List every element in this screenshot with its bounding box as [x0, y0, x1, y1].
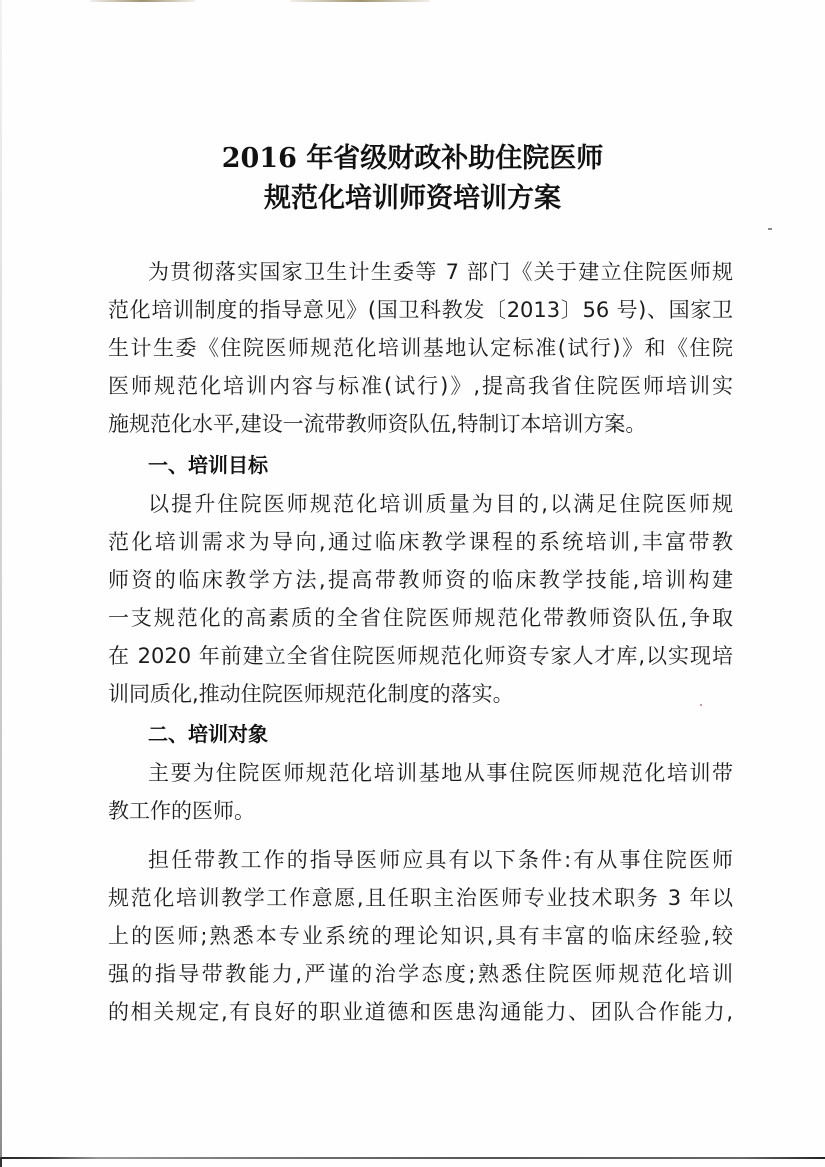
section-heading-training-goals: 一、培训目标 — [148, 452, 268, 478]
scan-speck — [768, 228, 772, 230]
scan-top-mark-right — [290, 0, 430, 2]
scan-top-mark-left — [90, 0, 195, 2]
intro-line: 为贯彻落实国家卫生计生委等 7 部门《关于建立住院医师规 — [148, 259, 733, 285]
section-heading-training-targets: 二、培训对象 — [148, 721, 268, 747]
intro-line: 施规范化水平,建设一流带教师资队伍,特制订本培训方案。 — [108, 411, 733, 437]
scan-bottom-edge — [0, 1157, 825, 1159]
section-2-line: 的相关规定,有良好的职业道德和医患沟通能力、团队合作能力, — [108, 999, 733, 1025]
section-2-line: 强的指导带教能力,严谨的治学态度;熟悉住院医师规范化培训 — [108, 961, 733, 987]
section-1-line: 一支规范化的高素质的全省住院医师规范化带教师资队伍,争取 — [108, 605, 733, 631]
section-1-line: 在 2020 年前建立全省住院医师规范化师资专家人才库,以实现培 — [108, 643, 733, 669]
section-2-line: 上的医师;熟悉本专业系统的理论知识,具有丰富的临床经验,较 — [108, 923, 733, 949]
section-2-line: 教工作的医师。 — [108, 798, 733, 824]
scan-corner-mark — [0, 1157, 2, 1167]
intro-line: 范化培训制度的指导意见》(国卫科教发〔2013〕56 号)、国家卫 — [108, 297, 733, 323]
intro-line: 生计生委《住院医师规范化培训基地认定标准(试行)》和《住院 — [108, 335, 733, 361]
document-title-line-1: 2016 年省级财政补助住院医师 — [0, 136, 825, 175]
section-1-line: 范化培训需求为导向,通过临床教学课程的系统培训,丰富带教 — [108, 529, 733, 555]
section-1-line: 以提升住院医师规范化培训质量为目的,以满足住院医师规 — [148, 491, 733, 517]
intro-line: 医师规范化培训内容与标准(试行)》,提高我省住院医师培训实 — [108, 373, 733, 399]
section-2-line: 担任带教工作的指导医师应具有以下条件:有从事住院医师 — [148, 847, 733, 873]
scanned-document-page: 2016 年省级财政补助住院医师 规范化培训师资培训方案 为贯彻落实国家卫生计生… — [0, 0, 825, 1167]
section-1-line: 师资的临床教学方法,提高带教师资的临床教学技能,培训构建 — [108, 567, 733, 593]
section-2-line: 规范化培训教学工作意愿,且任职主治医师专业技术职务 3 年以 — [108, 885, 733, 911]
document-title-line-2: 规范化培训师资培训方案 — [0, 176, 825, 215]
section-1-line: 训同质化,推动住院医师规范化制度的落实。 — [108, 681, 733, 707]
section-2-line: 主要为住院医师规范化培训基地从事住院医师规范化培训带 — [148, 760, 733, 786]
